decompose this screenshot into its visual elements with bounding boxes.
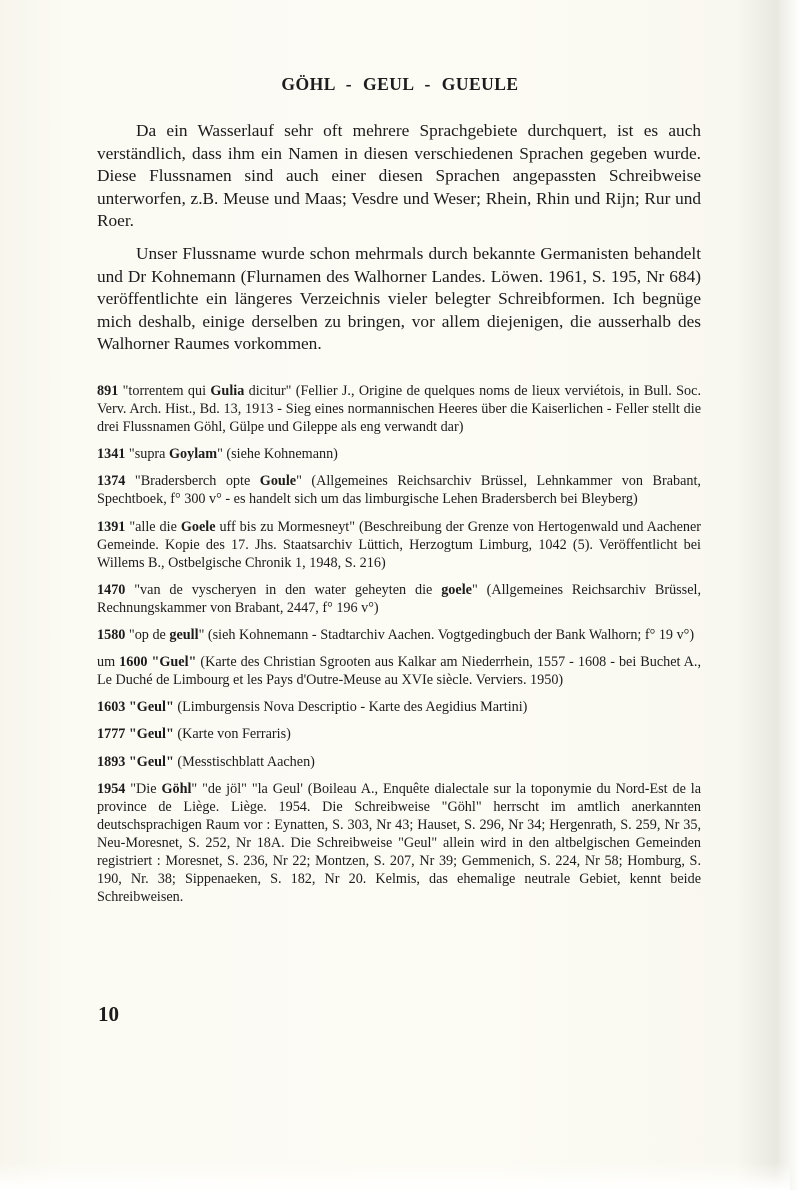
ref-year: 1603 <box>97 699 125 715</box>
ref-river-name: Goule <box>260 473 296 489</box>
reference-entry: 1893 "Geul" (Messtischblatt Aachen) <box>97 753 701 771</box>
reference-entry: 1470 "van de vyscheryen in den water geh… <box>97 581 701 617</box>
ref-text: "torrentem qui <box>118 383 210 399</box>
ref-river-name: Goele <box>181 519 216 535</box>
ref-year: 1470 <box>97 582 125 598</box>
ref-river-name: "Guel" <box>152 654 197 670</box>
ref-river-name: "Geul" <box>129 699 174 715</box>
ref-prefix: um <box>97 654 119 670</box>
ref-river-name: "Geul" <box>129 726 174 742</box>
page-title: GÖHL - GEUL - GUEULE <box>0 74 800 95</box>
ref-source: " (sieh Kohnemann - Stadtarchiv Aachen. … <box>199 627 695 643</box>
ref-text: "van de vyscheryen in den water geheyten… <box>125 582 441 598</box>
ref-river-name: Gulia <box>210 383 244 399</box>
ref-source: (Limburgensis Nova Descriptio - Karte de… <box>174 699 528 715</box>
reference-entry: 1391 "alle die Goele uff bis zu Mormesne… <box>97 518 701 572</box>
ref-year: 1893 <box>97 754 125 770</box>
reference-entry: 1374 "Bradersberch opte Goule" (Allgemei… <box>97 472 701 508</box>
ref-text: "op de <box>125 627 169 643</box>
ref-river-name: Goylam <box>169 446 217 462</box>
ref-source: " (siehe Kohnemann) <box>217 446 338 462</box>
reference-entry: 1580 "op de geull" (sieh Kohnemann - Sta… <box>97 626 701 644</box>
ref-source: (Messtischblatt Aachen) <box>174 754 315 770</box>
ref-text: "supra <box>125 446 169 462</box>
ref-year: 1600 <box>119 654 147 670</box>
ref-year: 891 <box>97 383 118 399</box>
ref-source: (Karte von Ferraris) <box>174 726 291 742</box>
ref-year: 1341 <box>97 446 125 462</box>
ref-river-name: Göhl <box>161 781 191 797</box>
ref-year: 1777 <box>97 726 125 742</box>
page-number: 10 <box>98 1002 119 1027</box>
reference-entry: 1603 "Geul" (Limburgensis Nova Descripti… <box>97 698 701 716</box>
ref-year: 1374 <box>97 473 125 489</box>
ref-river-name: geull <box>169 627 198 643</box>
paragraph-kohnemann: Unser Flussname wurde schon mehrmals dur… <box>97 243 701 356</box>
reference-entry: 1777 "Geul" (Karte von Ferraris) <box>97 725 701 743</box>
ref-text: "Bradersberch opte <box>125 473 259 489</box>
reference-entry: um 1600 "Guel" (Karte des Christian Sgro… <box>97 653 701 689</box>
reference-list: 891 "torrentem qui Gulia dicitur" (Felli… <box>97 382 701 915</box>
ref-text: "alle die <box>125 519 180 535</box>
ref-year: 1954 <box>97 781 125 797</box>
ref-text: "Die <box>125 781 161 797</box>
ref-year: 1391 <box>97 519 125 535</box>
document-page: GÖHL - GEUL - GUEULE Da ein Wasserlauf s… <box>0 0 800 1190</box>
ref-river-name: "Geul" <box>129 754 174 770</box>
reference-entry: 891 "torrentem qui Gulia dicitur" (Felli… <box>97 382 701 436</box>
reference-entry: 1341 "supra Goylam" (siehe Kohnemann) <box>97 445 701 463</box>
reference-entry: 1954 "Die Göhl" "de jöl" "la Geul' (Boil… <box>97 780 701 907</box>
ref-source: " "de jöl" "la Geul' (Boileau A., Enquêt… <box>97 781 701 906</box>
ref-year: 1580 <box>97 627 125 643</box>
ref-river-name: goele <box>441 582 472 598</box>
paragraph-intro: Da ein Wasserlauf sehr oft mehrere Sprac… <box>97 120 701 233</box>
